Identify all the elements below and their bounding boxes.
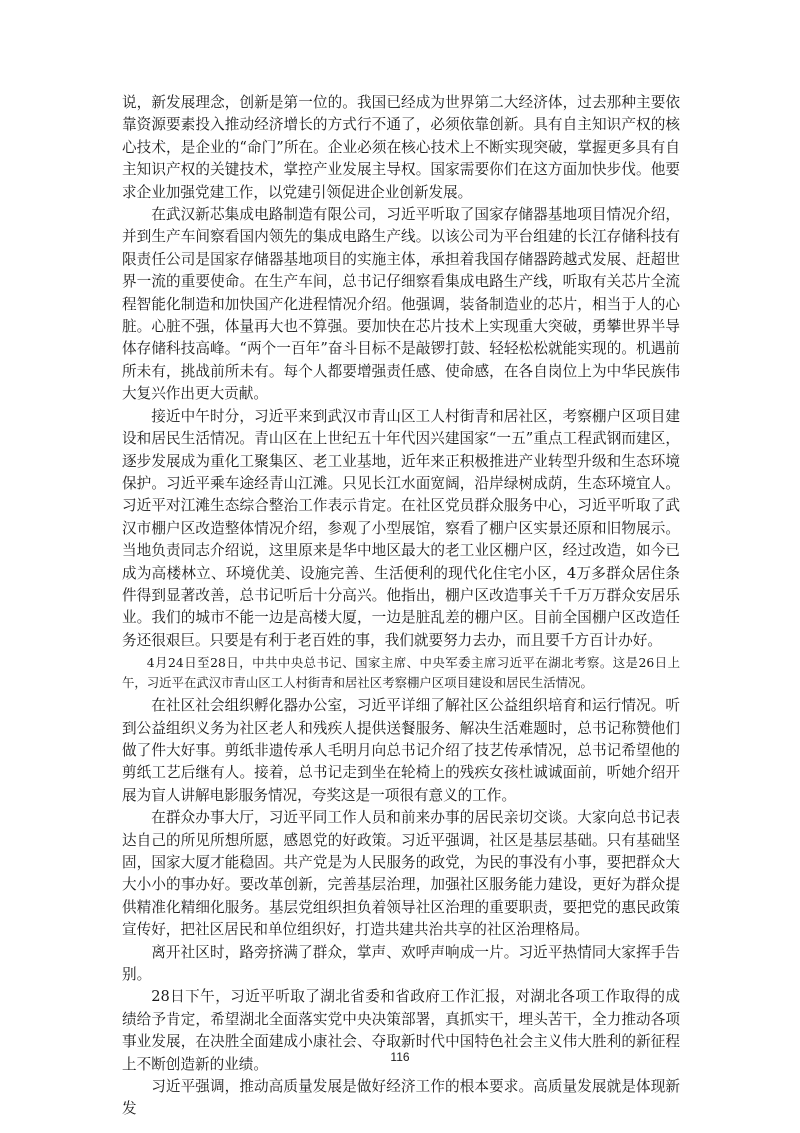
photo-caption: 4月24日至28日，中共中央总书记、国家主席、中央军委主席习近平在湖北考察。这是… [122, 652, 680, 695]
paragraph-wuhan-xinxin: 在武汉新芯集成电路制造有限公司，习近平听取了国家存储器基地项目情况介绍，并到生产… [122, 204, 680, 406]
paragraph-incubator-office: 在社区社会组织孵化器办公室，习近平详细了解社区公益组织培育和运行情况。听到公益组… [122, 695, 680, 807]
paragraph-high-quality-development: 习近平强调，推动高质量发展是做好经济工作的根本要求。高质量发展就是体现新发 [122, 1076, 680, 1121]
paragraph-service-hall: 在群众办事大厅，习近平同工作人员和前来办事的居民亲切交谈。大家向总书记表达自己的… [122, 807, 680, 941]
document-page: 说，新发展理念，创新是第一位的。我国已经成为世界第二大经济体，过去那种主要依靠资… [0, 0, 800, 1133]
page-number: 116 [0, 1050, 800, 1064]
paragraph-innovation-continued: 说，新发展理念，创新是第一位的。我国已经成为世界第二大经济体，过去那种主要依靠资… [122, 92, 680, 204]
paragraph-qingshan-community: 接近中午时分，习近平来到武汉市青山区工人村街青和居社区，考察棚户区项目建设和居民… [122, 406, 680, 652]
paragraph-farewell: 离开社区时，路旁挤满了群众，掌声、欢呼声响成一片。习近平热情同大家挥手告别。 [122, 942, 680, 987]
page-body: 说，新发展理念，创新是第一位的。我国已经成为世界第二大经济体，过去那种主要依靠资… [122, 92, 680, 1121]
